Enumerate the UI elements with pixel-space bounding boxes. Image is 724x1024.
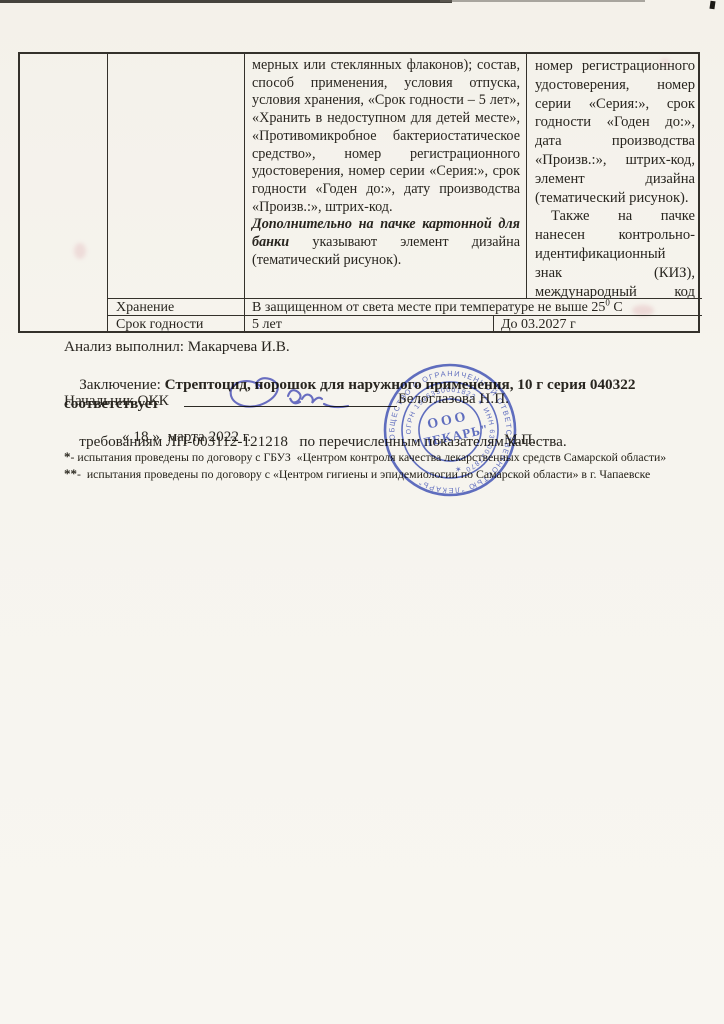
scan-edge-artifact xyxy=(440,0,645,2)
position-title: Начальник ОКК xyxy=(64,392,169,410)
handwritten-signature xyxy=(198,372,378,416)
packaging-note: Дополнительно на пачке картонной для бан… xyxy=(252,216,520,269)
company-round-stamp: ОБЩЕСТВО С ОГРАНИЧЕННОЙ ОТВЕТСТВЕННОСТЬЮ… xyxy=(367,347,533,513)
table-cell-empty-left xyxy=(20,54,108,331)
packaging-text-continued: мерных или стеклянных флаконов); состав,… xyxy=(252,57,520,216)
table-cell-empty-param xyxy=(108,54,245,298)
footnote-2: **- испытания проведены по договору с «Ц… xyxy=(64,467,650,481)
shelf-life-expiry: До 03.2027 г xyxy=(494,315,702,331)
footnote-1: *- испытания проведены по договору с ГБУ… xyxy=(64,450,666,464)
storage-value-text: В защищенном от света месте при температ… xyxy=(252,300,605,315)
date-line: « 18 » марта 2022 г. xyxy=(122,428,251,446)
packaging-note-regular: указывают элемент дизайна (тематический … xyxy=(252,234,520,268)
table-cell-marking-text: номер регистрационного удостоверения, но… xyxy=(527,54,702,298)
analyst-line: Анализ выполнил: Макарчева И.В. xyxy=(64,338,290,356)
footnote-2-marker: ** xyxy=(64,466,77,481)
marking-para1: номер регистрационного удостоверения, но… xyxy=(535,57,695,207)
scanned-document-page: мерных или стеклянных флаконов); состав,… xyxy=(0,0,724,1024)
footnote-1-text: - испытания проведены по договору с ГБУЗ… xyxy=(71,450,667,464)
marking-para2: Также на пачке нанесен контрольно-иденти… xyxy=(535,207,695,298)
conclusion-label: Заключение: xyxy=(79,376,164,393)
shelf-life-row-label: Срок годности xyxy=(108,315,245,331)
stamp-bottom-star: ✶ xyxy=(454,465,462,475)
storage-row-label: Хранение xyxy=(108,298,245,315)
shelf-life-value: 5 лет xyxy=(245,315,494,331)
storage-value-unit: С xyxy=(610,300,623,315)
scan-edge-artifact xyxy=(0,0,452,3)
scan-corner-artifact xyxy=(709,1,715,10)
footnote-2-text: - испытания проведены по договору с «Цен… xyxy=(77,467,650,481)
storage-row-value: В защищенном от света месте при температ… xyxy=(245,298,702,315)
spec-table: мерных или стеклянных флаконов); состав,… xyxy=(18,52,700,333)
table-cell-packaging-text: мерных или стеклянных флаконов); состав,… xyxy=(245,54,527,298)
